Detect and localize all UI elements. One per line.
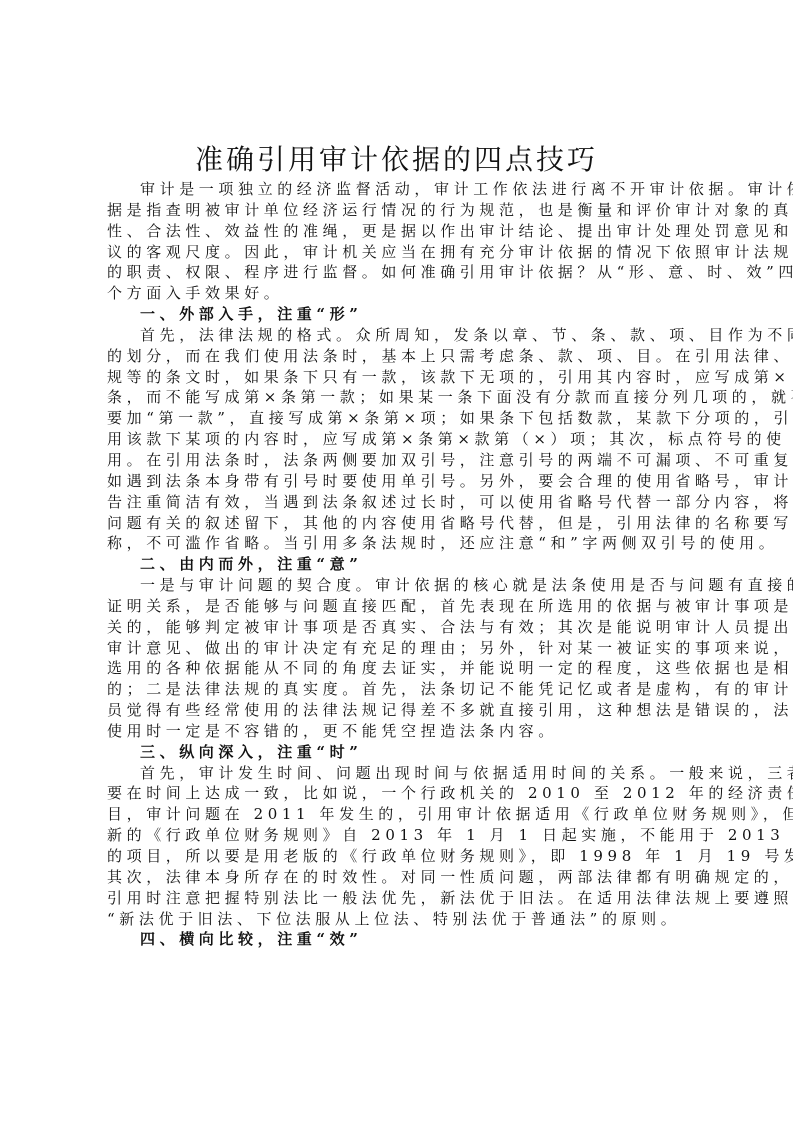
- section-2-paragraph: 一是与审计问题的契合度。审计依据的核心就是法条使用是否与问题有直接的 证明关系，…: [107, 575, 688, 742]
- paragraph-line: 的项目，所以要是用老版的《行政单位财务规则》，即 1998 年 1 月 19 号…: [107, 846, 688, 867]
- paragraph-line: 一是与审计问题的契合度。审计依据的核心就是法条使用是否与问题有直接的: [107, 575, 688, 596]
- paragraph-line: 新的《行政单位财务规则》自 2013 年 1 月 1 日起实施，不能用于 201…: [107, 825, 688, 846]
- section-3-paragraph: 首先，审计发生时间、问题出现时间与依据适用时间的关系。一般来说，三者 要在时间上…: [107, 763, 688, 930]
- paragraph-line: 如遇到法条本身带有引号时要使用单引号。另外，要会合理的使用省略号，审计报: [107, 471, 688, 492]
- paragraph-line: 条，而不能写成第×条第一款；如果某一条下面没有分款而直接分列几项的，就不: [107, 387, 688, 408]
- section-heading-1: 一、外部入手，注重“形”: [107, 304, 688, 325]
- paragraph-line: “新法优于旧法、下位法服从上位法、特别法优于普通法”的原则。: [107, 909, 688, 930]
- paragraph-line: 目，审计问题在 2011 年发生的，引用审计依据适用《行政单位财务规则》，但是，: [107, 804, 688, 825]
- paragraph-line: 据是指查明被审计单位经济运行情况的行为规范，也是衡量和评价审计对象的真实: [107, 200, 688, 221]
- paragraph-line: 要在时间上达成一致，比如说，一个行政机关的 2010 至 2012 年的经济责任…: [107, 783, 688, 804]
- document-body: 审计是一项独立的经济监督活动，审计工作依法进行离不开审计依据。审计依 据是指查明…: [107, 179, 688, 950]
- paragraph-line: 个方面入手效果好。: [107, 283, 688, 304]
- paragraph-line: 关的，能够判定被审计事项是否真实、合法与有效；其次是能说明审计人员提出的: [107, 617, 688, 638]
- document-title: 准确引用审计依据的四点技巧: [100, 140, 693, 180]
- paragraph-line: 引用时注意把握特别法比一般法优先，新法优于旧法。在适用法律法规上要遵照: [107, 888, 688, 909]
- paragraph-line: 的划分，而在我们使用法条时，基本上只需考虑条、款、项、目。在引用法律、法: [107, 346, 688, 367]
- paragraph-line: 员觉得有些经常使用的法律法规记得差不多就直接引用，这种想法是错误的，法规: [107, 700, 688, 721]
- paragraph-line: 的职责、权限、程序进行监督。如何准确引用审计依据？从“形、意、时、效”四: [107, 262, 688, 283]
- paragraph-line: 审计是一项独立的经济监督活动，审计工作依法进行离不开审计依据。审计依: [107, 179, 688, 200]
- paragraph-line: 议的客观尺度。因此，审计机关应当在拥有充分审计依据的情况下依照审计法规定: [107, 242, 688, 263]
- paragraph-line: 称，不可滥作省略。当引用多条法规时，还应注意“和”字两侧双引号的使用。: [107, 533, 688, 554]
- paragraph-line: 选用的各种依据能从不同的角度去证实，并能说明一定的程度，这些依据也是相关: [107, 658, 688, 679]
- intro-paragraph: 审计是一项独立的经济监督活动，审计工作依法进行离不开审计依据。审计依 据是指查明…: [107, 179, 688, 304]
- paragraph-line: 用该款下某项的内容时，应写成第×条第×款第（×）项；其次，标点符号的使: [107, 429, 688, 450]
- paragraph-line: 审计意见、做出的审计决定有充足的理由；另外，针对某一被证实的事项来说，所: [107, 638, 688, 659]
- section-heading-2: 二、由内而外，注重“意”: [107, 554, 688, 575]
- paragraph-line: 告注重简洁有效，当遇到法条叙述过长时，可以使用省略号代替一部分内容，将与: [107, 492, 688, 513]
- paragraph-line: 使用时一定是不容错的，更不能凭空捏造法条内容。: [107, 721, 688, 742]
- section-1-paragraph: 首先，法律法规的格式。众所周知，发条以章、节、条、款、项、目作为不同 的划分，而…: [107, 325, 688, 554]
- paragraph-line: 要加“第一款”，直接写成第×条第×项；如果条下包括数款，某款下分项的，引: [107, 408, 688, 429]
- paragraph-line: 证明关系，是否能够与问题直接匹配，首先表现在所选用的依据与被审计事项是相: [107, 596, 688, 617]
- paragraph-line: 其次，法律本身所存在的时效性。对同一性质问题，两部法律都有明确规定的，在: [107, 867, 688, 888]
- section-heading-3: 三、纵向深入，注重“时”: [107, 742, 688, 763]
- paragraph-line: 用。在引用法条时，法条两侧要加双引号，注意引号的两端不可漏项、不可重复，: [107, 450, 688, 471]
- document-page: 准确引用审计依据的四点技巧 审计是一项独立的经济监督活动，审计工作依法进行离不开…: [0, 0, 793, 1121]
- paragraph-line: 的；二是法律法规的真实度。首先，法条切记不能凭记忆或者是虚构，有的审计人: [107, 679, 688, 700]
- paragraph-line: 首先，法律法规的格式。众所周知，发条以章、节、条、款、项、目作为不同: [107, 325, 688, 346]
- section-heading-4: 四、横向比较，注重“效”: [107, 929, 688, 950]
- paragraph-line: 性、合法性、效益性的准绳，更是据以作出审计结论、提出审计处理处罚意见和建: [107, 221, 688, 242]
- paragraph-line: 规等的条文时，如果条下只有一款，该款下无项的，引用其内容时，应写成第×: [107, 367, 688, 388]
- paragraph-line: 问题有关的叙述留下，其他的内容使用省略号代替，但是，引用法律的名称要写全: [107, 513, 688, 534]
- paragraph-line: 首先，审计发生时间、问题出现时间与依据适用时间的关系。一般来说，三者: [107, 763, 688, 784]
